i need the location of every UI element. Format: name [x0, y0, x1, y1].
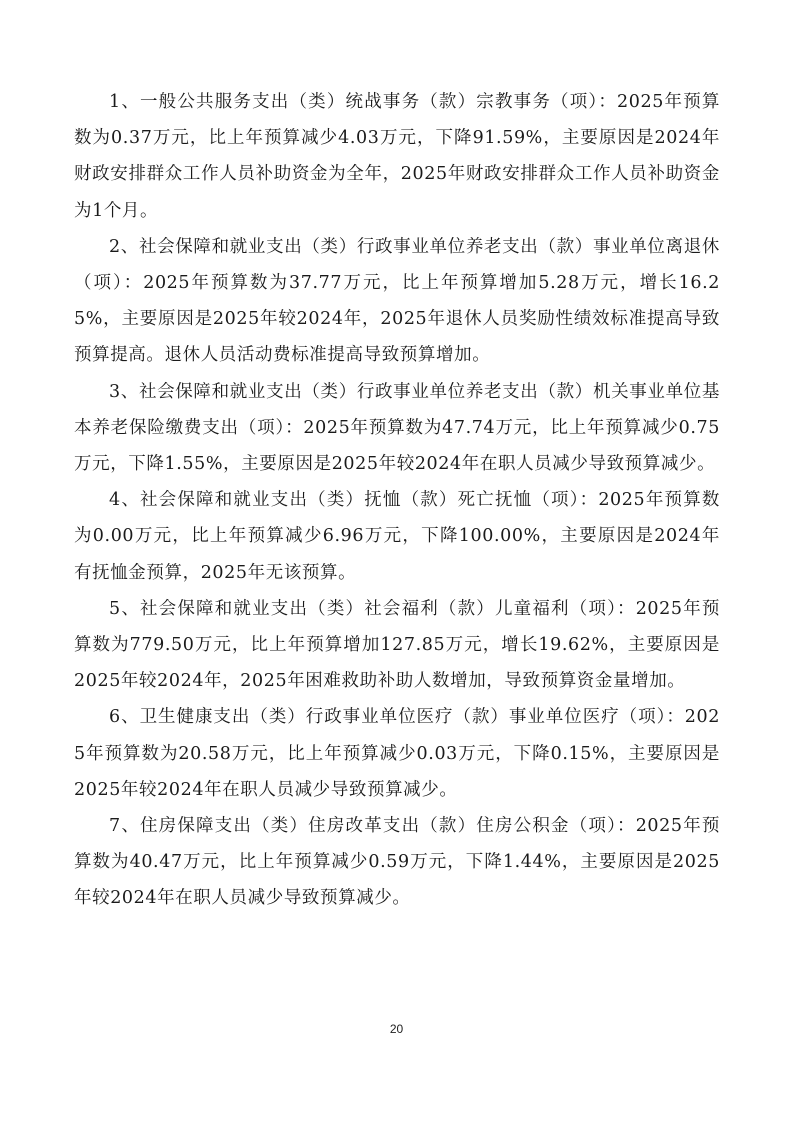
paragraph-item-5: 5、社会保障和就业支出（类）社会福利（款）儿童福利（项）：2025年预算数为77…	[74, 591, 720, 700]
paragraph-item-1: 1、一般公共服务支出（类）统战事务（款）宗教事务（项）：2025年预算数为0.3…	[74, 84, 720, 229]
paragraph-item-2: 2、社会保障和就业支出（类）行政事业单位养老支出（款）事业单位离退休（项）：20…	[74, 229, 720, 374]
page-number: 20	[0, 1022, 793, 1036]
document-page: 1、一般公共服务支出（类）统战事务（款）宗教事务（项）：2025年预算数为0.3…	[0, 0, 793, 1122]
paragraph-item-6: 6、卫生健康支出（类）行政事业单位医疗（款）事业单位医疗（项）：2025年预算数…	[74, 699, 720, 808]
paragraph-item-7: 7、住房保障支出（类）住房改革支出（款）住房公积金（项）：2025年预算数为40…	[74, 808, 720, 917]
paragraph-item-3: 3、社会保障和就业支出（类）行政事业单位养老支出（款）机关事业单位基本养老保险缴…	[74, 374, 720, 483]
document-body: 1、一般公共服务支出（类）统战事务（款）宗教事务（项）：2025年预算数为0.3…	[74, 84, 720, 917]
paragraph-item-4: 4、社会保障和就业支出（类）抚恤（款）死亡抚恤（项）：2025年预算数为0.00…	[74, 482, 720, 591]
